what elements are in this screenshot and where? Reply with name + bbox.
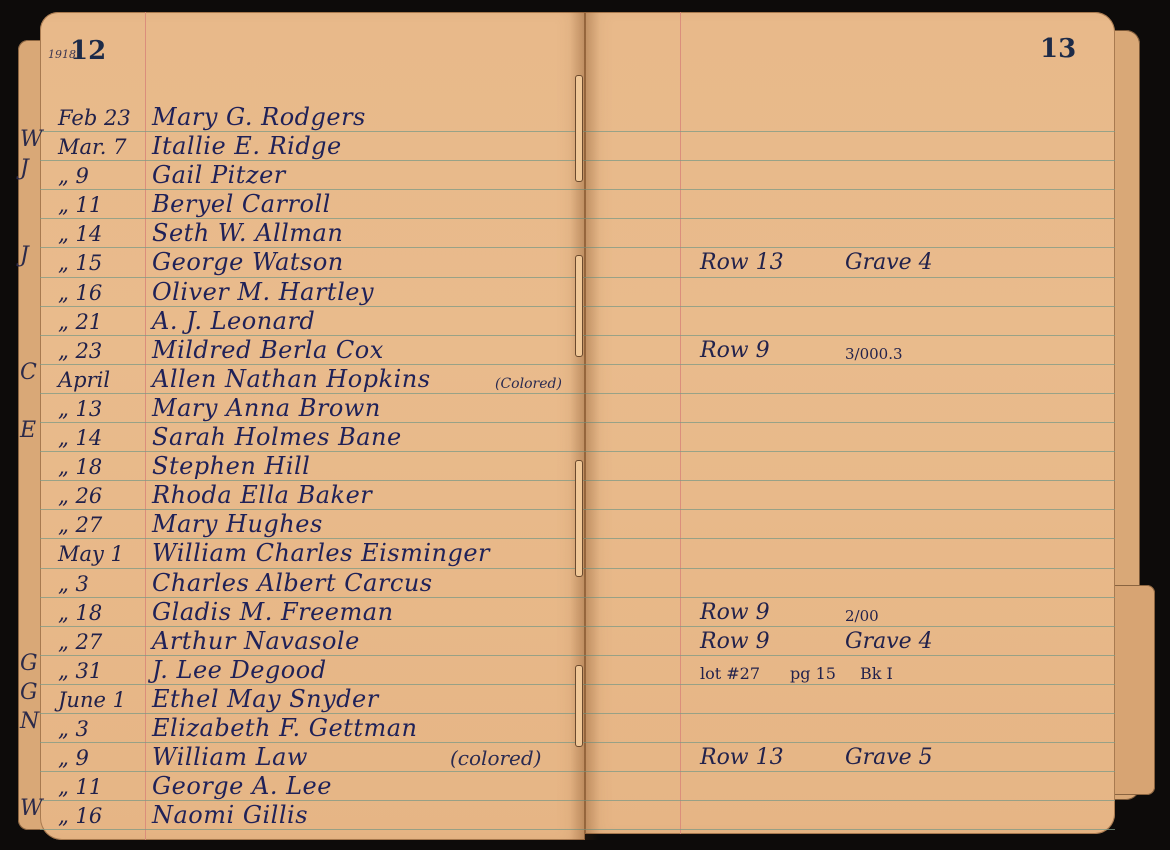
register-entry: „ 13Mary Anna Brown [40,394,585,423]
register-entry: AprilAllen Nathan Hopkins(Colored) [40,365,585,394]
ruled-line [585,218,1115,219]
entry-name: William Law [152,743,308,771]
binding-stitch [575,665,583,747]
entry-date: „ 27 [58,513,150,537]
register-entry: „ 11George A. Lee [40,772,585,801]
register-entry: „ 23Mildred Berla Cox [40,336,585,365]
entry-date: „ 27 [58,630,150,654]
entry-note: (Colored) [495,376,562,392]
annotation-part: pg 15 [790,664,836,683]
entry-date: „ 21 [58,310,150,334]
register-entry: „ 31J. Lee Degood [40,656,585,685]
ruled-line [585,451,1115,452]
ruled-line [585,393,1115,394]
left-page: 1918 12 Feb 23Mary G. RodgersMar. 7Itall… [40,12,585,840]
entry-name: Mary Anna Brown [152,394,381,422]
ruled-line [585,800,1115,801]
ruled-line [585,306,1115,307]
entry-name: Gail Pitzer [152,161,286,189]
grave-location-note: Row 13Grave 4 [700,248,1100,277]
annotation-part: Grave 4 [845,250,933,275]
margin-mark: E [20,418,36,443]
register-entry: „ 14Sarah Holmes Bane [40,423,585,452]
entry-date: „ 11 [58,193,150,217]
margin-mark: N [20,709,39,734]
register-entry: May 1William Charles Eisminger [40,539,585,568]
entry-date: „ 23 [58,339,150,363]
entry-name: Arthur Navasole [152,627,360,655]
annotation-part: Row 9 [700,600,770,625]
ruled-line [585,829,1115,830]
annotation-part: Row 9 [700,338,770,363]
register-entry: „ 21A. J. Leonard [40,307,585,336]
entry-date: „ 11 [58,775,150,799]
register-entry: „ 9William Law(colored) [40,743,585,772]
grave-location-note: Row 13Grave 5 [700,743,1100,772]
margin-mark: J [20,243,29,268]
open-ledger-book: 1918 12 Feb 23Mary G. RodgersMar. 7Itall… [0,0,1170,850]
grave-location-note: Row 93/000.3 [700,336,1100,365]
entry-date: „ 9 [58,164,150,188]
entry-name: Mary G. Rodgers [152,103,366,131]
entry-date: „ 3 [58,572,150,596]
binding-stitch [575,255,583,357]
grave-location-note: Row 9Grave 4 [700,627,1100,656]
entry-name: George A. Lee [152,772,332,800]
entry-name: Rhoda Ella Baker [152,481,372,509]
entry-name: Oliver M. Hartley [152,278,374,306]
grave-location-note: Row 92/00 [700,598,1100,627]
register-entry: „ 26Rhoda Ella Baker [40,481,585,510]
entry-name: Charles Albert Carcus [152,569,433,597]
register-entry: June 1Ethel May Snyder [40,685,585,714]
grave-location-note: lot #27pg 15Bk I [700,656,1100,685]
register-entry: „ 16Naomi Gillis [40,801,585,830]
entry-name: William Charles Eisminger [152,539,490,567]
right-margin-line [680,12,681,834]
binding-stitch [575,75,583,182]
margin-mark: W [20,127,43,152]
register-entry: Mar. 7Itallie E. Ridge [40,132,585,161]
annotation-part: Row 9 [700,629,770,654]
entry-name: George Watson [152,248,344,276]
entry-date: „ 18 [58,601,150,625]
entry-date: Mar. 7 [58,135,150,159]
ruled-line [585,189,1115,190]
register-entry: Feb 23Mary G. Rodgers [40,103,585,132]
register-entry: „ 18Gladis M. Freeman [40,598,585,627]
annotation-part: 3/000.3 [845,345,903,363]
register-entry: „ 27Arthur Navasole [40,627,585,656]
entry-name: A. J. Leonard [152,307,315,335]
page-number-right: 13 [1040,34,1076,64]
ruled-line [585,538,1115,539]
annotation-part: Row 13 [700,250,784,275]
entry-name: Allen Nathan Hopkins [152,365,431,393]
entry-date: June 1 [58,688,150,712]
ruled-line [585,713,1115,714]
entry-date: „ 14 [58,426,150,450]
page-number-left: 12 [70,36,106,66]
entry-name: Stephen Hill [152,452,310,480]
binding-stitch [575,460,583,577]
annotation-part: lot #27 [700,664,760,683]
entry-note: (colored) [450,746,541,770]
register-entry: „ 3Charles Albert Carcus [40,569,585,598]
annotation-part: Grave 5 [845,745,933,770]
entry-name: Mary Hughes [152,510,323,538]
ruled-line [585,480,1115,481]
entry-date: „ 13 [58,397,150,421]
margin-mark: G [20,680,38,705]
register-entry: „ 18Stephen Hill [40,452,585,481]
register-entry: „ 15George Watson [40,248,585,277]
entry-date: „ 14 [58,222,150,246]
entry-date: „ 3 [58,717,150,741]
ruled-line [585,160,1115,161]
annotation-part: Grave 4 [845,629,933,654]
right-page-torn-edge [1110,585,1155,795]
entry-date: „ 16 [58,281,150,305]
entry-date: „ 18 [58,455,150,479]
entry-date: Feb 23 [58,106,150,130]
margin-mark: J [20,156,29,181]
entry-date: „ 26 [58,484,150,508]
entry-name: Itallie E. Ridge [152,132,342,160]
ruled-line [585,131,1115,132]
entry-name: Elizabeth F. Gettman [152,714,417,742]
margin-mark: G [20,651,38,676]
entry-date: May 1 [58,542,150,566]
entry-date: „ 9 [58,746,150,770]
register-entry: „ 27Mary Hughes [40,510,585,539]
entry-date: „ 31 [58,659,150,683]
ruled-line [585,568,1115,569]
entry-date: „ 16 [58,804,150,828]
ruled-line [585,509,1115,510]
margin-mark: C [20,360,37,385]
entry-name: Seth W. Allman [152,219,343,247]
annotation-part: Bk I [860,664,893,683]
entry-name: Beryel Carroll [152,190,331,218]
entry-name: J. Lee Degood [152,656,327,684]
entry-date: „ 15 [58,251,150,275]
ruled-line [585,422,1115,423]
entry-name: Naomi Gillis [152,801,308,829]
register-entry: „ 16Oliver M. Hartley [40,278,585,307]
entry-name: Mildred Berla Cox [152,336,384,364]
annotation-part: 2/00 [845,607,879,625]
register-entry: „ 11Beryel Carroll [40,190,585,219]
entry-name: Gladis M. Freeman [152,598,394,626]
entry-name: Sarah Holmes Bane [152,423,402,451]
annotation-part: Row 13 [700,745,784,770]
register-entry: „ 14Seth W. Allman [40,219,585,248]
register-entry: „ 9Gail Pitzer [40,161,585,190]
right-page: 13 Row 13Grave 4Row 93/000.3Row 92/00Row… [585,12,1115,834]
margin-mark: W [20,796,43,821]
entry-name: Ethel May Snyder [152,685,379,713]
entry-date: April [58,368,150,392]
register-entry: „ 3Elizabeth F. Gettman [40,714,585,743]
